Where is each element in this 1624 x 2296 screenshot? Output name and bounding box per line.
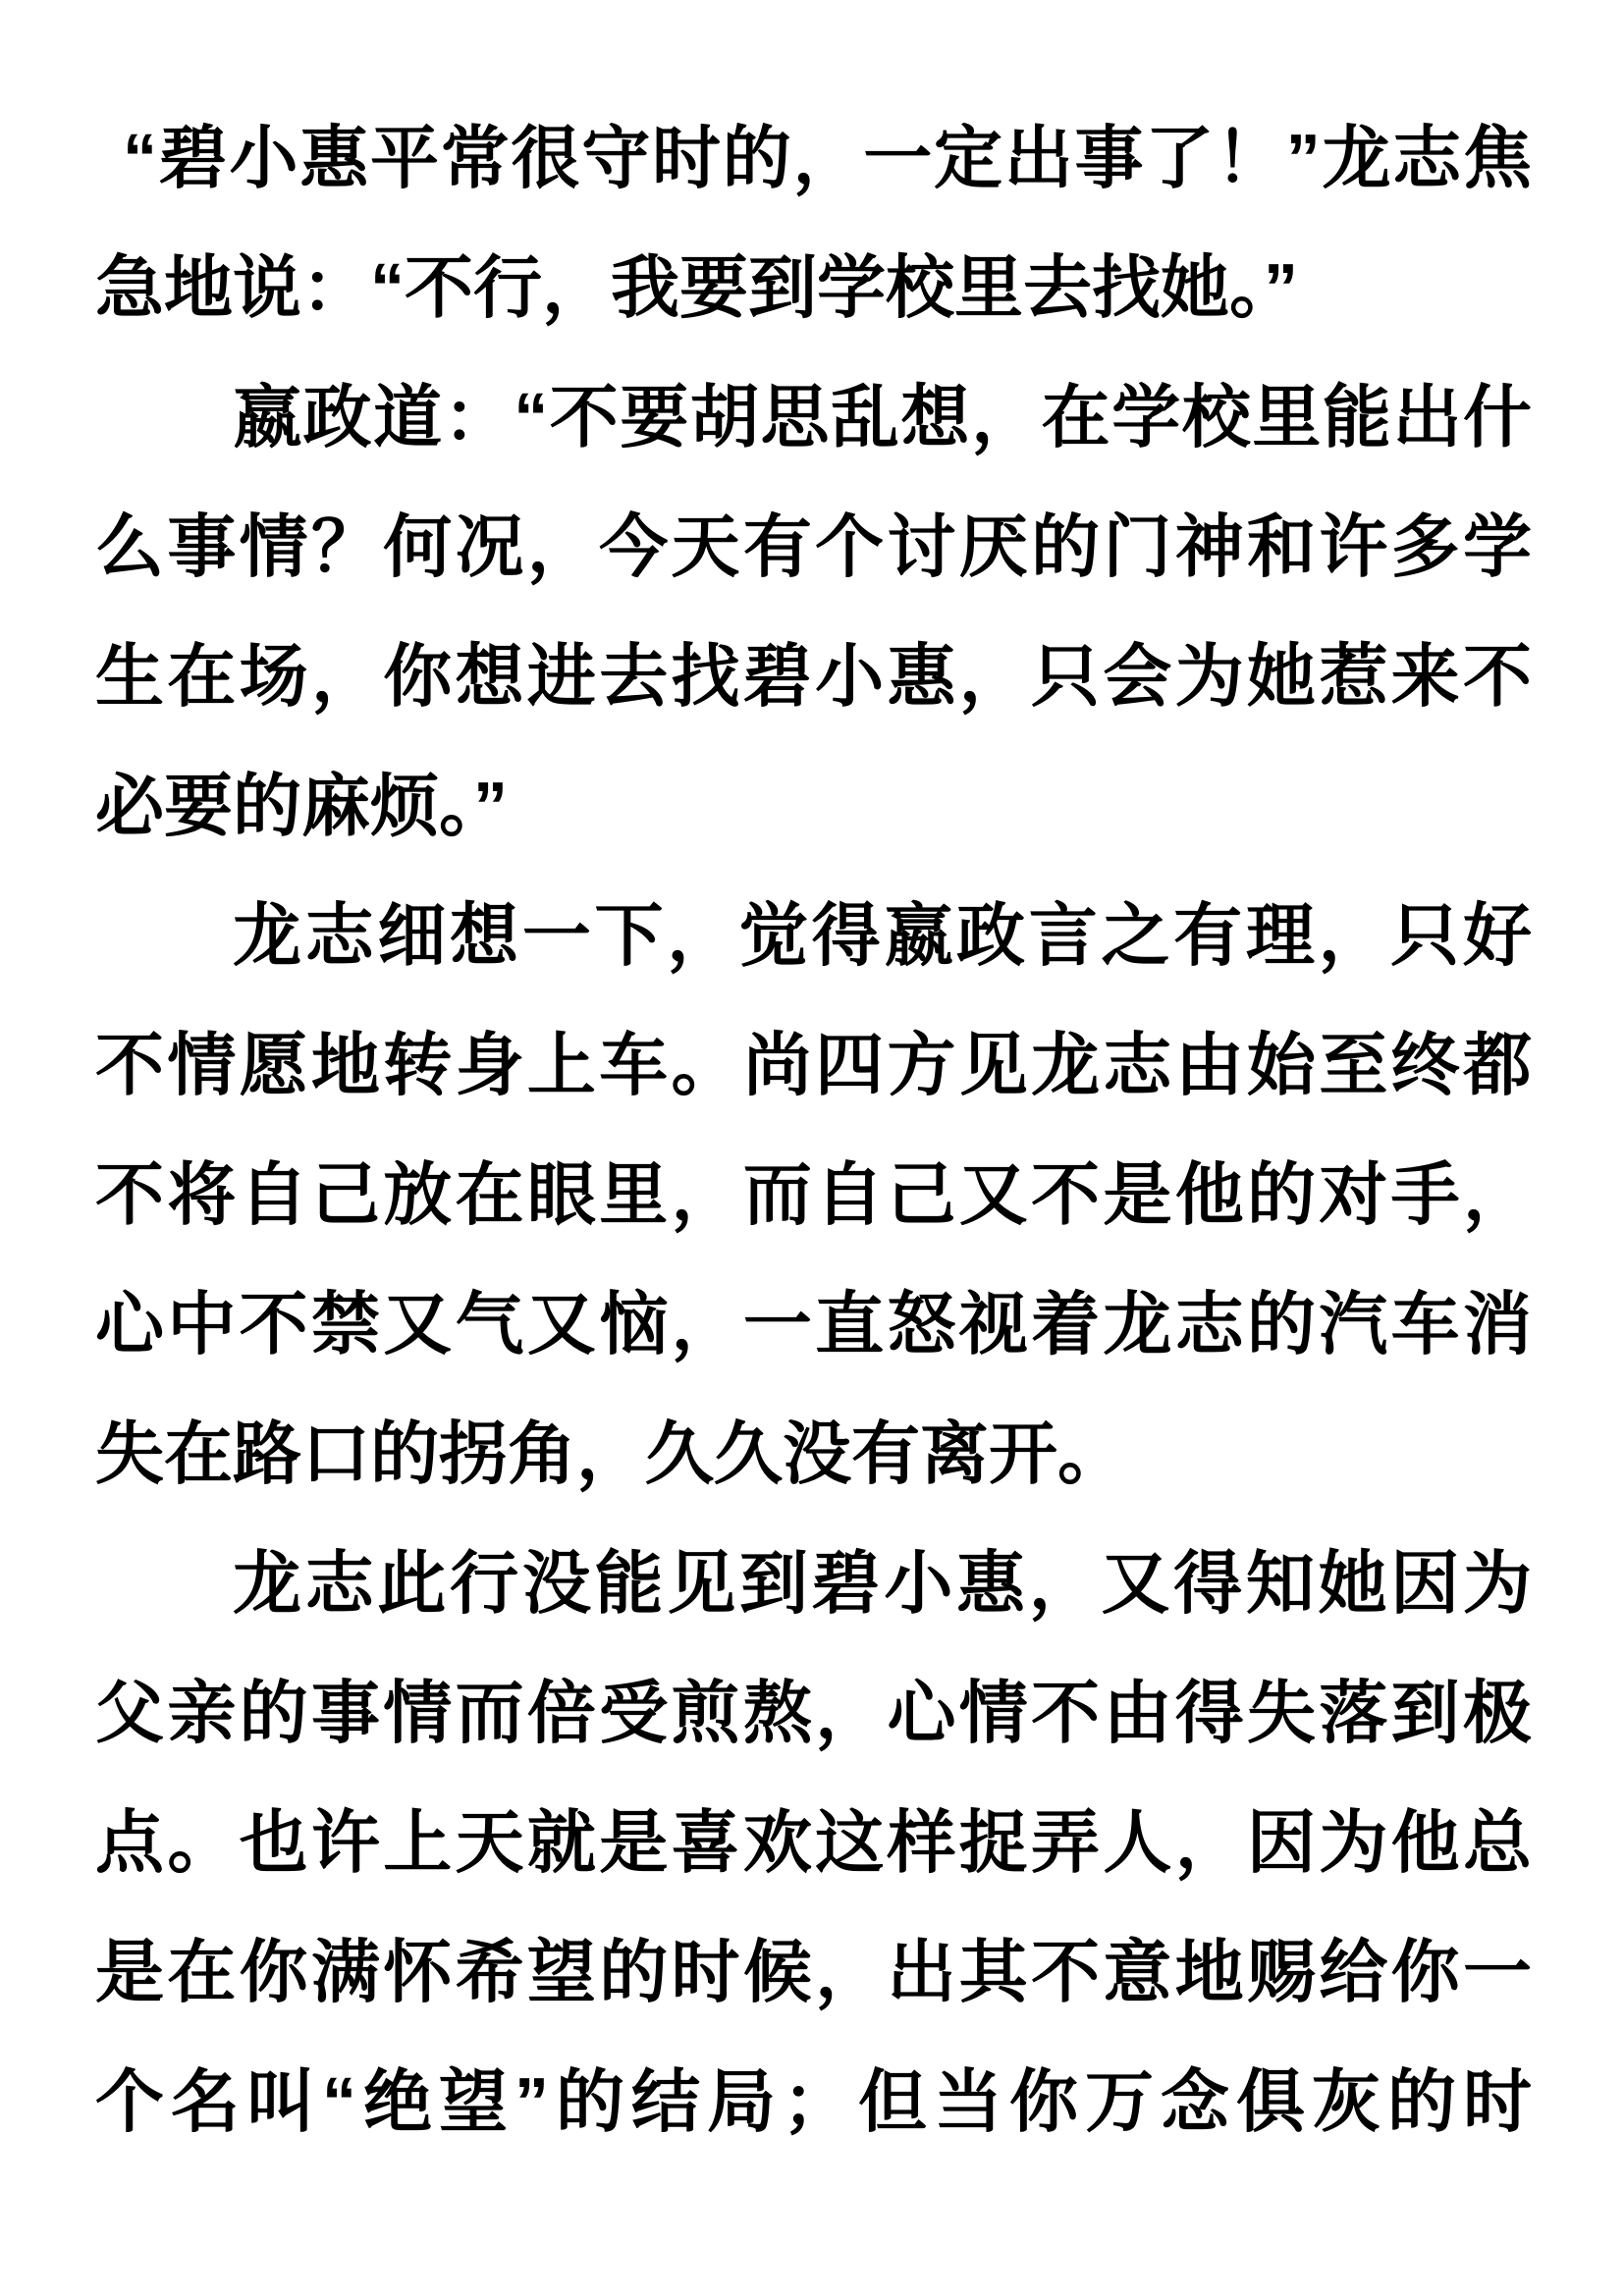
paragraph-narration-despair: 龙志此行没能见到碧小惠，又得知她因为父亲的事情而倍受煎熬，心情不由得失落到极点。…	[95, 1519, 1532, 2166]
paragraph-dialogue-yingzheng: 嬴政道：“不要胡思乱想，在学校里能出什么事情？何况，今天有个讨厌的门神和许多学生…	[95, 352, 1532, 871]
page-text-block: “碧小惠平常很守时的，一定出事了！”龙志焦急地说：“不行，我要到学校里去找她。”…	[95, 93, 1532, 2166]
book-page: “碧小惠平常很守时的，一定出事了！”龙志焦急地说：“不行，我要到学校里去找她。”…	[0, 0, 1624, 2296]
paragraph-dialogue-longzhi: “碧小惠平常很守时的，一定出事了！”龙志焦急地说：“不行，我要到学校里去找她。”	[95, 93, 1532, 352]
paragraph-narration-departure: 龙志细想一下，觉得嬴政言之有理，只好不情愿地转身上车。尚四方见龙志由始至终都不将…	[95, 871, 1532, 1519]
